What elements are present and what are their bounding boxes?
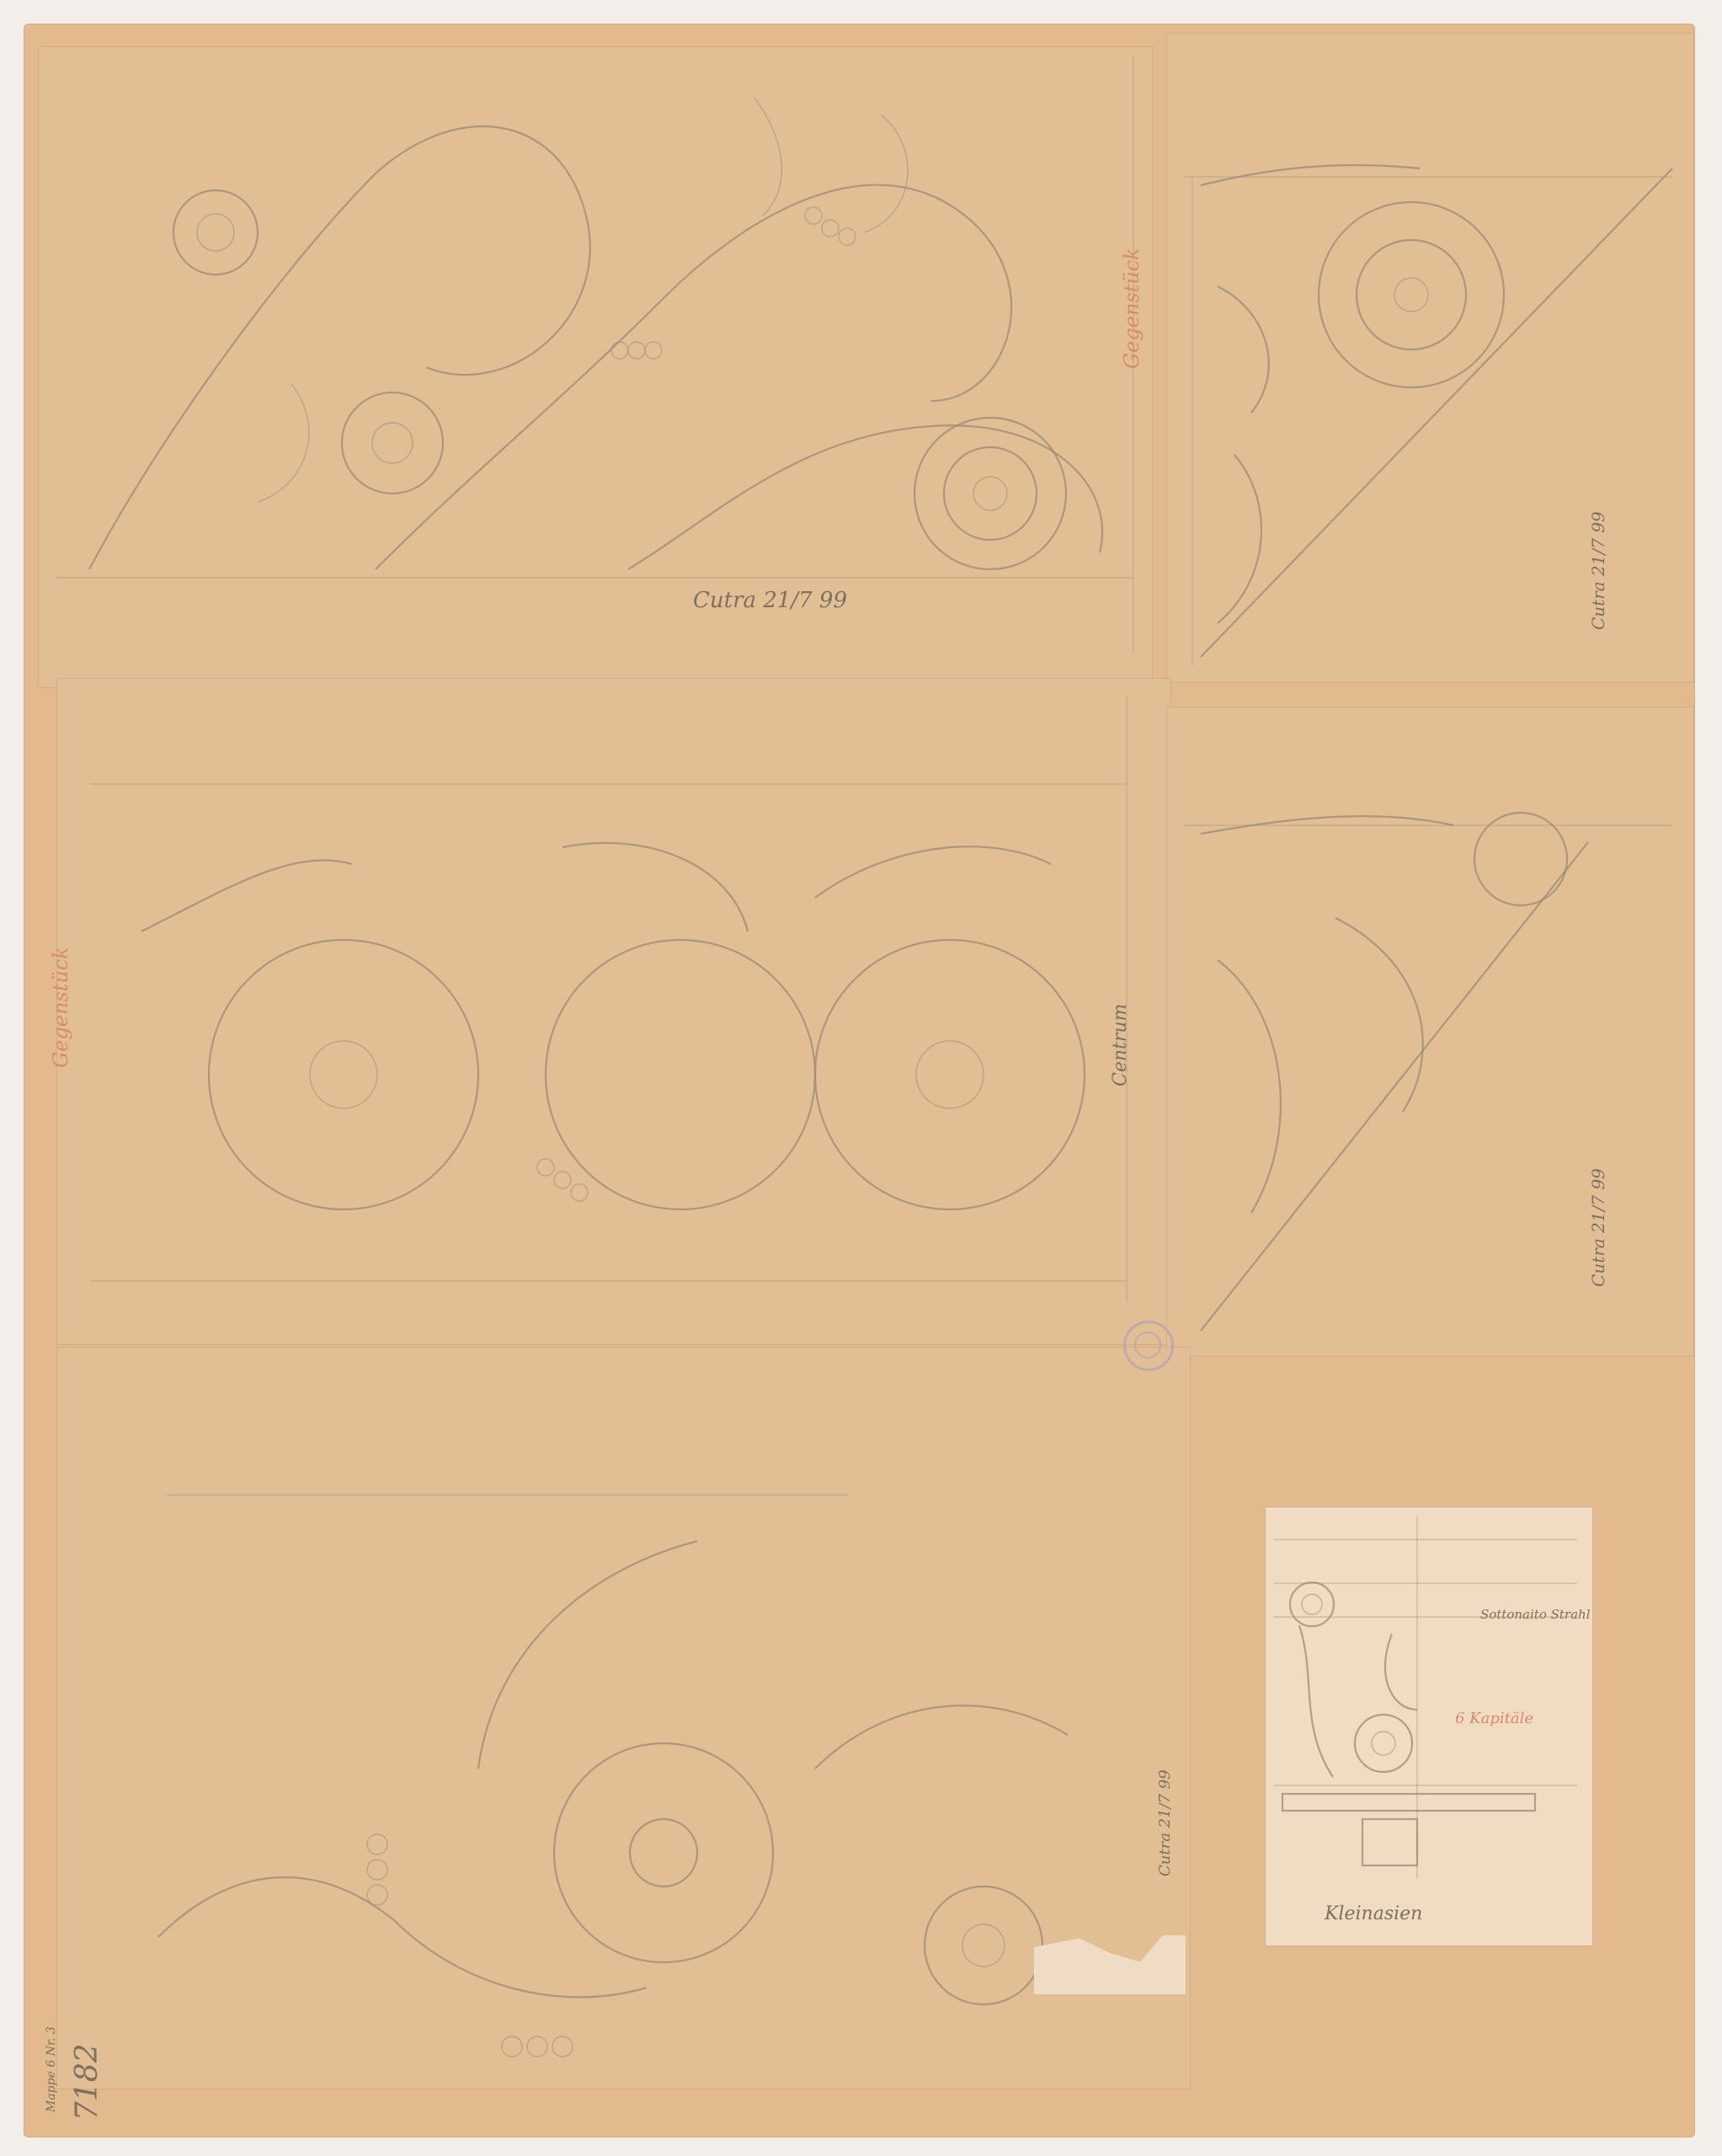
mounting-board: Sottonaito Strahl 6 Kapitäle Kleinasien …: [24, 24, 1695, 2137]
annotation-middle-spandrel: Cutra 21/7 99: [1588, 1168, 1608, 1287]
frieze-drawing-bottom: [57, 1347, 1190, 2089]
red-annotation-top-frieze: Gegenstück: [1120, 248, 1144, 369]
annotation-top-frieze: Cutra 21/7 99: [693, 588, 847, 613]
museum-stamp: [1123, 1321, 1174, 1371]
spandrel-drawing-middle: [1167, 707, 1693, 1356]
annotation-top-spandrel: Cutra 21/7 99: [1588, 511, 1608, 630]
sheet-middle-right-spandrel: [1167, 707, 1693, 1356]
spandrel-drawing: [1167, 34, 1693, 682]
sheet-top-right-spandrel: [1167, 34, 1693, 682]
sheet-middle-left-frieze: [57, 679, 1170, 1344]
capital-signature: Kleinasien: [1325, 1903, 1422, 1924]
inventory-sub: Mappe 6 Nr. 3: [45, 2026, 58, 2112]
capital-drawing: [1266, 1508, 1592, 1945]
sheet-top-left-frieze: [39, 47, 1152, 687]
red-annotation-middle-frieze: Gegenstück: [49, 947, 72, 1068]
frieze-drawing-middle: [57, 679, 1170, 1344]
annotation-middle-frieze: Centrum: [1110, 1004, 1131, 1086]
sheet-capital-sketch: Sottonaito Strahl 6 Kapitäle Kleinasien: [1266, 1508, 1592, 1945]
annotation-bottom-frieze: Cutra 21/7 99: [1156, 1769, 1174, 1876]
frieze-drawing: [39, 47, 1152, 687]
capital-annotation-1: Sottonaito Strahl: [1480, 1607, 1591, 1622]
capital-red-annotation: 6 Kapitäle: [1455, 1710, 1533, 1727]
inventory-number: 7182: [70, 2043, 104, 2121]
sheet-bottom-left-frieze: [57, 1347, 1190, 2089]
